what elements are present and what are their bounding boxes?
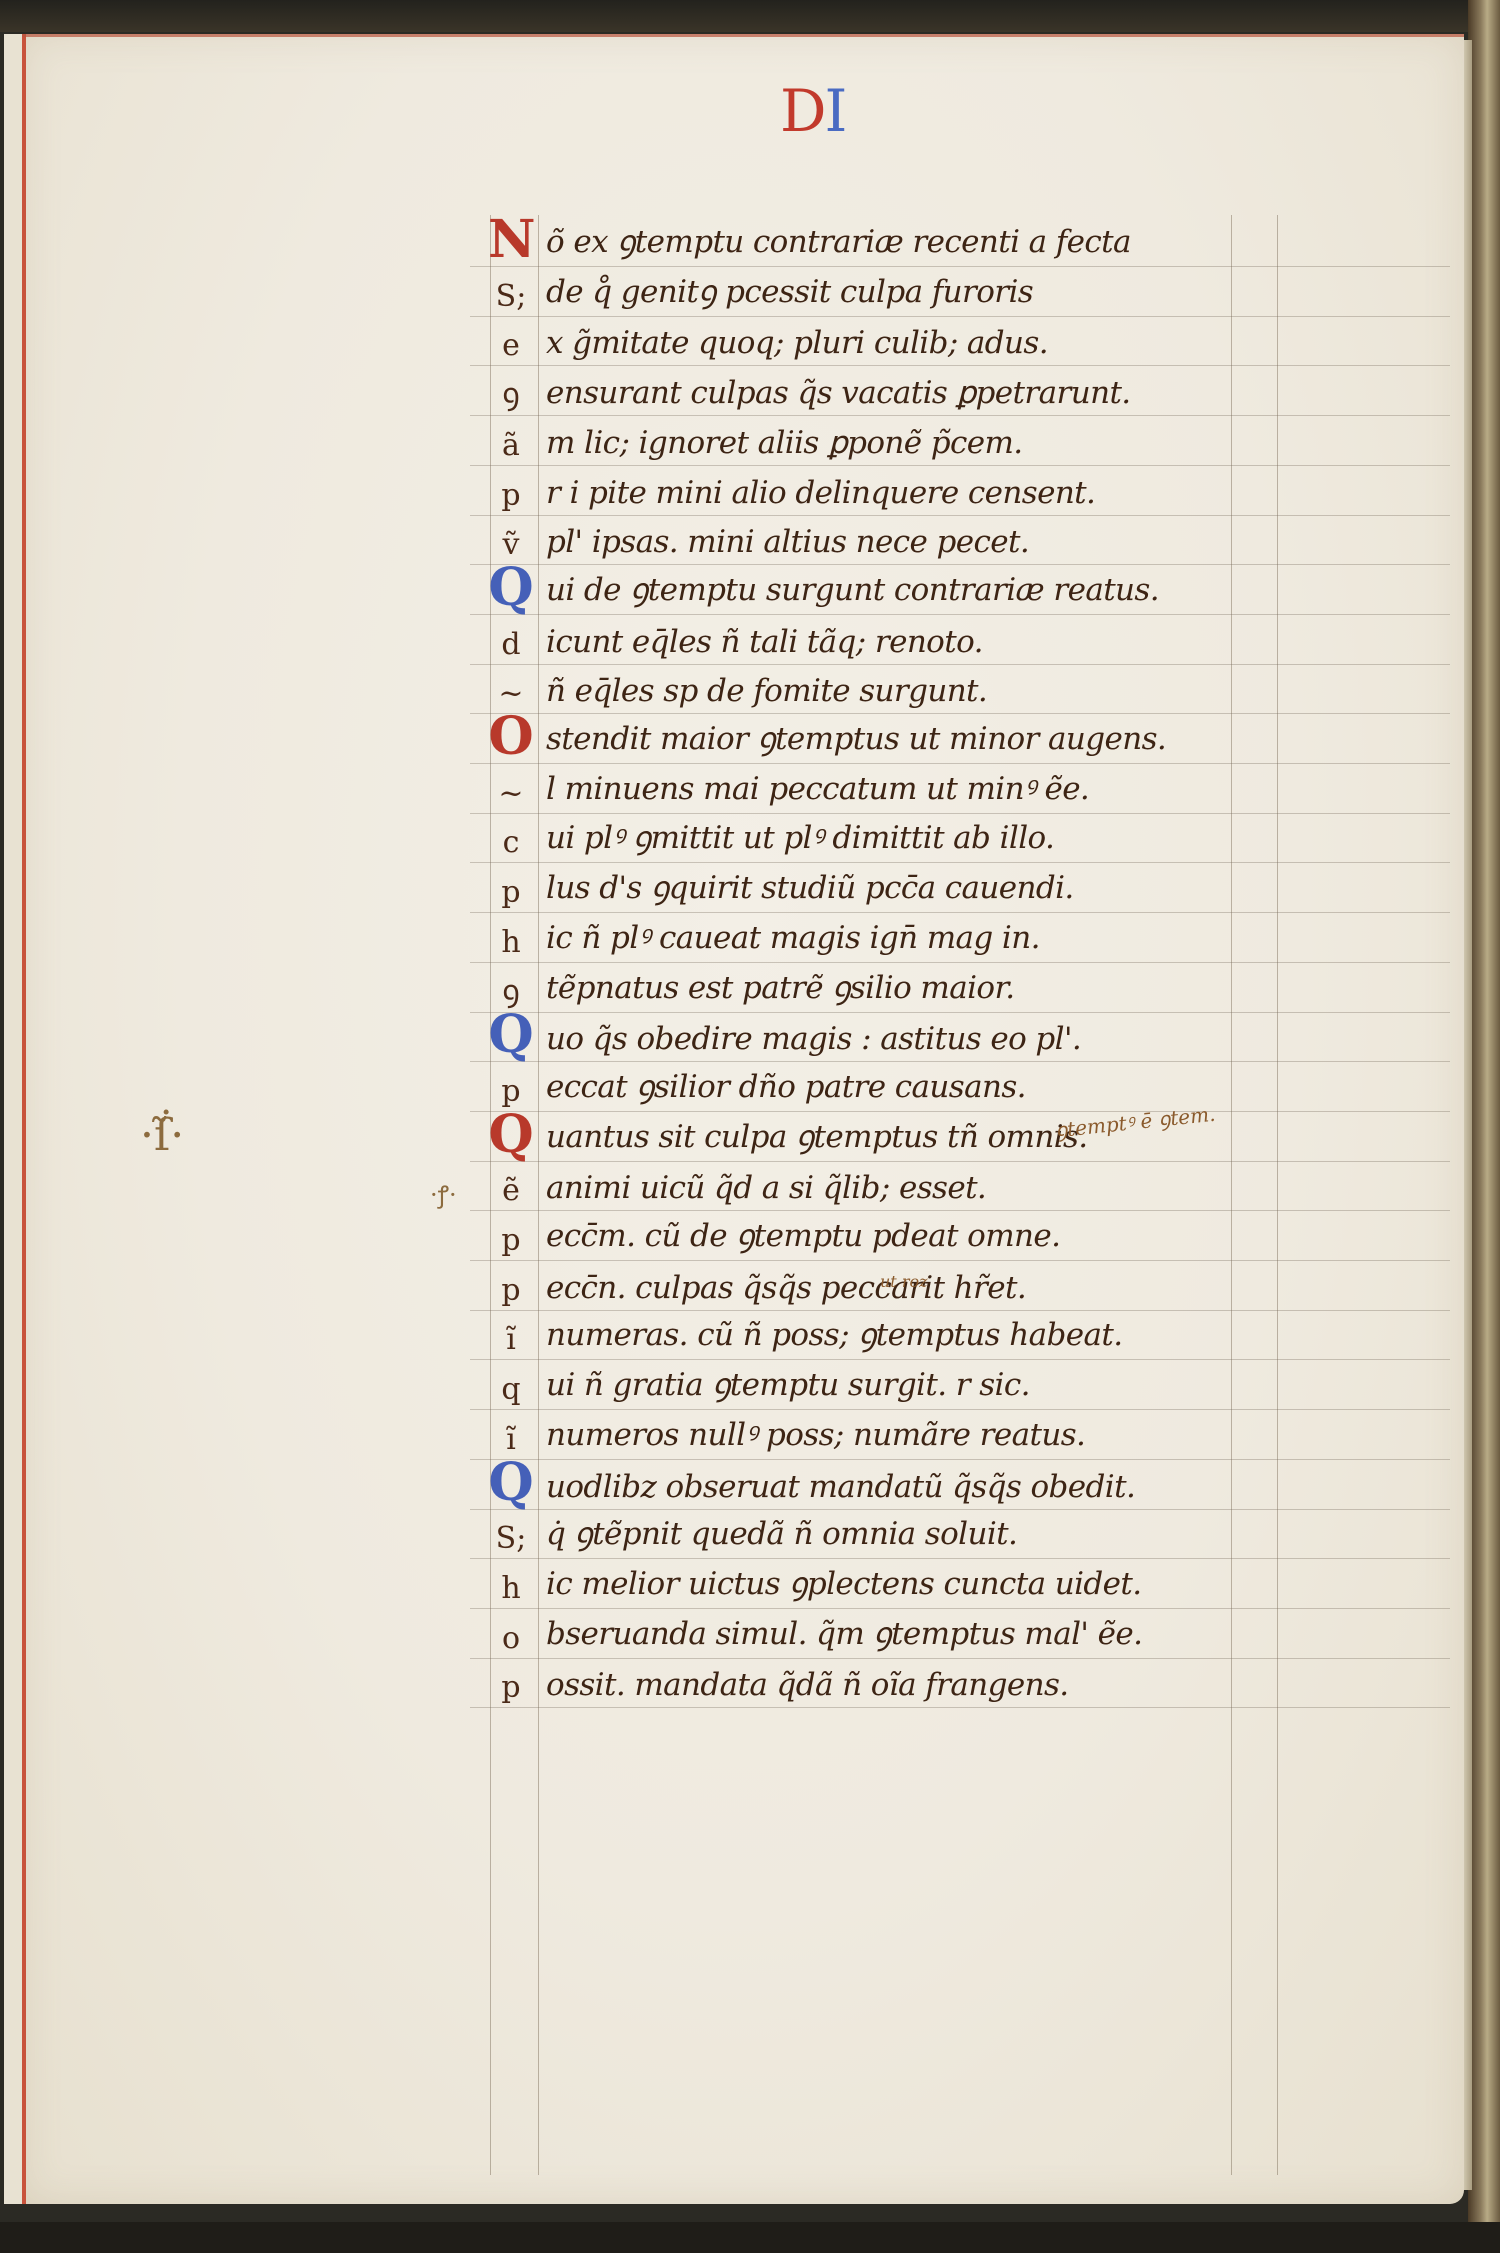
line-initial: p [488,1223,534,1258]
line-initial: e [488,328,534,363]
line-text: uo q̃s obedire magis : astitus eo pl'. [546,1021,1081,1057]
manuscript-line: ṽpl' ipsas. mini altius nece pecet. [488,520,1248,566]
line-initial: ã [488,428,534,463]
decorated-initial: N [488,209,534,270]
manuscript-line: pecc̄n. culpas q̃sq̃s peccarit hr̃et. [488,1266,1248,1312]
line-text: stendit maior ꝯtemptus ut minor augens. [546,717,1166,759]
line-text: ossit. mandata q̃dã ñ oĩa frangens. [546,1667,1069,1703]
line-initial: ĩ [488,1322,534,1357]
manuscript-line: qui ñ gratia ꝯtemptu surgit. r sic. [488,1365,1248,1411]
line-text: ecc̄n. culpas q̃sq̃s peccarit hr̃et. [546,1270,1026,1306]
line-initial: p [488,875,534,910]
binding-bottom-edge [0,2222,1500,2253]
line-text: ensurant culpas q̃s vacatis ꝑpetrarunt. [546,375,1131,411]
manuscript-line: S;de q̊ genitꝯ pcessit culpa furoris [488,272,1248,318]
line-initial: S; [488,279,534,314]
manuscript-line: pecc̄m. cũ de ꝯtemptu pdeat omne. [488,1216,1248,1262]
line-text: bseruanda simul. q̃m ꝯtemptus mal' ẽe. [546,1612,1142,1654]
line-initial: d [488,627,534,662]
line-text: ic ñ plꝰ caueat magis ign̄ mag in. [546,916,1040,958]
line-initial: ꝯ [488,372,534,413]
manuscript-line: ãm lic; ignoret aliis ꝑponẽ p̃cem. [488,421,1248,467]
line-initial: ~ [488,776,534,811]
ruling-right-outer [1277,215,1278,2175]
manuscript-line: cui plꝰ ꝯmittit ut plꝰ dimittit ab illo. [488,818,1248,864]
red-page-edge [22,34,26,2204]
folio-number: DI [780,82,845,140]
line-text: animi uicũ q̃d a si q̃lib; esset. [546,1170,986,1206]
manuscript-line: dicunt eq̄les ñ tali tãq; renoto. [488,620,1248,666]
manuscript-line: ~l minuens mai peccatum ut minꝰ ẽe. [488,769,1248,815]
line-text: pl' ipsas. mini altius nece pecet. [546,524,1029,560]
manuscript-line: ẽanimi uicũ q̃d a si q̃lib; esset. [488,1166,1248,1212]
decorated-initial: O [488,706,534,767]
line-text: x g̃mitate quoq; pluri culib; adus. [546,325,1048,361]
folio-number-d: D [780,77,825,145]
manuscript-line: ꝯtẽpnatus est patrẽ ꝯsilio maior. [488,968,1248,1014]
manuscript-line: S;q̇ ꝯtẽpnit quedã ñ omnia soluit. [488,1514,1248,1560]
line-text: l minuens mai peccatum ut minꝰ ẽe. [546,767,1089,809]
decorated-initial: Q [488,557,534,618]
line-initial: h [488,925,534,960]
line-initial: S; [488,1521,534,1556]
line-text: ecc̄m. cũ de ꝯtemptu pdeat omne. [546,1214,1060,1256]
line-initial: p [488,1273,534,1308]
manuscript-line: ex g̃mitate quoq; pluri culib; adus. [488,321,1248,367]
line-text: õ ex ꝯtemptu contrariæ recenti a fecta [546,220,1131,262]
line-text: ui ñ gratia ꝯtemptu surgit. r sic. [546,1363,1030,1405]
manuscript-line: Nõ ex ꝯtemptu contrariæ recenti a fecta [488,222,1248,268]
line-initial: p [488,478,534,513]
decorated-initial: Q [488,1104,534,1165]
binding-top-edge [0,0,1500,32]
manuscript-line: Quodlibz obseruat mandatũ q̃sq̃s obedit. [488,1465,1248,1511]
red-page-edge-top [22,34,1464,37]
manuscript-line: Quo q̃s obedire magis : astitus eo pl'. [488,1017,1248,1063]
line-initial: q [488,1372,534,1407]
marginal-note: ·ꝭ· [430,1178,457,1211]
line-text: r i pite mini alio delinquere censent. [546,475,1095,511]
decorated-initial: Q [488,1004,534,1065]
line-text: uodlibz obseruat mandatũ q̃sq̃s obedit. [546,1469,1135,1505]
line-initial: h [488,1571,534,1606]
line-initial: o [488,1621,534,1656]
line-text: numeras. cũ ñ poss; ꝯtemptus habeat. [546,1313,1122,1355]
manuscript-line: Ostendit maior ꝯtemptus ut minor augens. [488,719,1248,765]
line-text: lus d's ꝯquirit studiũ pcc̄a cauendi. [546,866,1074,908]
interlinear-gloss: ut roz [880,1272,928,1291]
line-text: tẽpnatus est patrẽ ꝯsilio maior. [546,966,1015,1008]
manuscript-line: hic melior uictus ꝯplectens cuncta uidet… [488,1564,1248,1610]
line-text: q̇ ꝯtẽpnit quedã ñ omnia soluit. [546,1512,1017,1554]
manuscript-line: peccat ꝯsilior dño patre causans. [488,1067,1248,1113]
line-text: eccat ꝯsilior dño patre causans. [546,1065,1026,1107]
line-text: icunt eq̄les ñ tali tãq; renoto. [546,624,983,660]
line-text: numeros nullꝰ poss; numãre reatus. [546,1413,1085,1455]
line-text: de q̊ genitꝯ pcessit culpa furoris [546,270,1033,312]
line-initial: c [488,825,534,860]
line-text: ic melior uictus ꝯplectens cuncta uidet. [546,1562,1142,1604]
manuscript-line: hic ñ plꝰ caueat magis ign̄ mag in. [488,918,1248,964]
manuscript-line: Qui de ꝯtemptu surgunt contrariæ reatus. [488,570,1248,616]
line-text: ui plꝰ ꝯmittit ut plꝰ dimittit ab illo. [546,816,1054,858]
manuscript-line: ĩnumeros nullꝰ poss; numãre reatus. [488,1415,1248,1461]
line-text: ui de ꝯtemptu surgunt contrariæ reatus. [546,568,1159,610]
manuscript-line: pr i pite mini alio delinquere censent. [488,471,1248,517]
decorated-initial: Q [488,1452,534,1513]
line-text: ñ eq̄les sp de fomite surgunt. [546,673,987,709]
line-text: uantus sit culpa ꝯtemptus tñ omnis. [546,1115,1088,1157]
manuscript-line: possit. mandata q̃dã ñ oĩa frangens. [488,1663,1248,1709]
manuscript-line: obseruanda simul. q̃m ꝯtemptus mal' ẽe. [488,1614,1248,1660]
manuscript-line: ĩnumeras. cũ ñ poss; ꝯtemptus habeat. [488,1315,1248,1361]
line-initial: p [488,1670,534,1705]
marginal-note: ·ẛ̃· [140,1110,184,1161]
folio-number-i: I [825,77,846,145]
manuscript-line: plus d's ꝯquirit studiũ pcc̄a cauendi. [488,868,1248,914]
binding-right-edge [1468,0,1500,2253]
manuscript-line: ~ñ eq̄les sp de fomite surgunt. [488,669,1248,715]
manuscript-line: ꝯensurant culpas q̃s vacatis ꝑpetrarunt. [488,371,1248,417]
line-text: m lic; ignoret aliis ꝑponẽ p̃cem. [546,425,1023,461]
line-initial: ẽ [488,1173,534,1208]
